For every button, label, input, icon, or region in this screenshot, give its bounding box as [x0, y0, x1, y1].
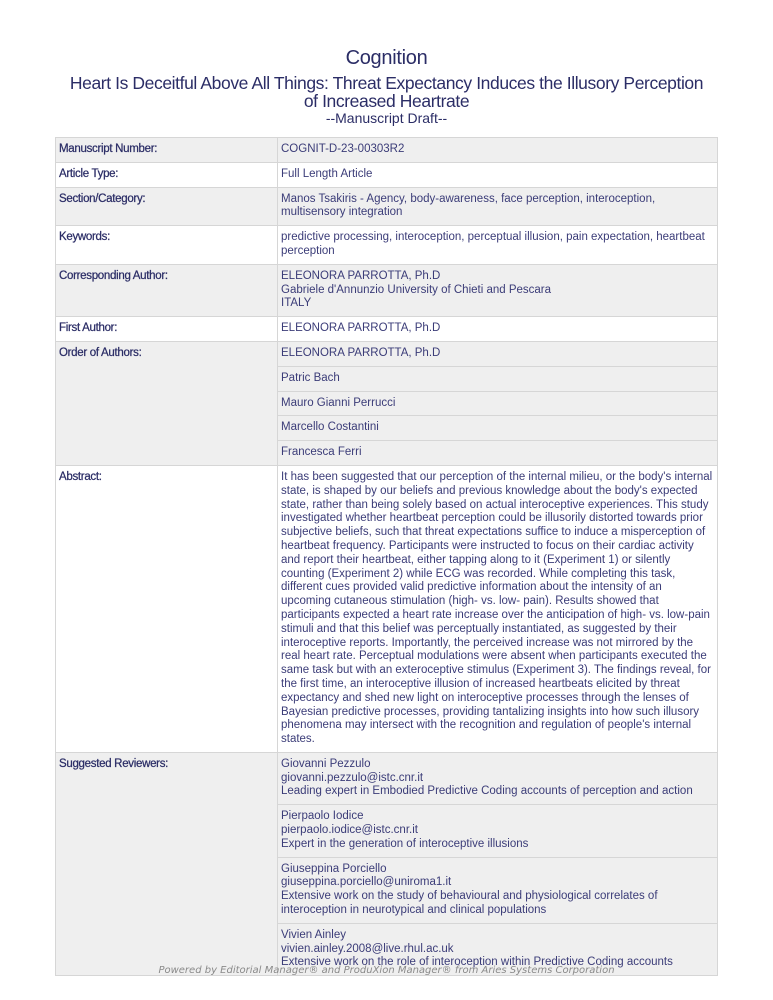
- author-item: Francesca Ferri: [278, 441, 718, 466]
- title-line-1: Heart Is Deceitful Above All Things: Thr…: [0, 74, 773, 92]
- row-article-type: Article Type: Full Length Article: [56, 162, 718, 187]
- reviewer-email: giovanni.pezzulo@istc.cnr.it: [281, 772, 713, 786]
- row-keywords: Keywords: predictive processing, interoc…: [56, 226, 718, 265]
- row-first-author: First Author: ELEONORA PARROTTA, Ph.D: [56, 317, 718, 342]
- reviewer-reason: Extensive work on the study of behaviour…: [281, 890, 713, 918]
- corresponding-author-name: ELEONORA PARROTTA, Ph.D: [281, 270, 713, 284]
- reviewer-name: Giuseppina Porciello: [281, 863, 713, 877]
- value-manuscript-number: COGNIT-D-23-00303R2: [278, 138, 718, 163]
- title-line-2: of Increased Heartrate: [0, 92, 773, 110]
- row-manuscript-number: Manuscript Number: COGNIT-D-23-00303R2: [56, 138, 718, 163]
- author-item: Mauro Gianni Perrucci: [278, 391, 718, 416]
- value-first-author: ELEONORA PARROTTA, Ph.D: [278, 317, 718, 342]
- value-abstract: It has been suggested that our perceptio…: [278, 465, 718, 752]
- reviewer-email: vivien.ainley.2008@live.rhul.ac.uk: [281, 943, 713, 957]
- row-order-of-authors: Order of Authors: ELEONORA PARROTTA, Ph.…: [56, 341, 718, 366]
- value-corresponding-author: ELEONORA PARROTTA, Ph.D Gabriele d'Annun…: [278, 264, 718, 316]
- value-keywords: predictive processing, interoception, pe…: [278, 226, 718, 265]
- label-first-author: First Author:: [56, 317, 278, 342]
- corresponding-author-country: ITALY: [281, 297, 713, 311]
- powered-by-footer: Powered by Editorial Manager® and ProduX…: [0, 965, 773, 976]
- row-suggested-reviewers: Suggested Reviewers: Giovanni Pezzulo gi…: [56, 752, 718, 804]
- manuscript-metadata-table: Manuscript Number: COGNIT-D-23-00303R2 A…: [55, 137, 718, 976]
- label-corresponding-author: Corresponding Author:: [56, 264, 278, 316]
- label-article-type: Article Type:: [56, 162, 278, 187]
- author-item: Patric Bach: [278, 366, 718, 391]
- label-section-category: Section/Category:: [56, 187, 278, 226]
- label-manuscript-number: Manuscript Number:: [56, 138, 278, 163]
- value-article-type: Full Length Article: [278, 162, 718, 187]
- reviewer-item: Pierpaolo Iodice pierpaolo.iodice@istc.c…: [278, 805, 718, 857]
- reviewer-item: Giuseppina Porciello giuseppina.porciell…: [278, 857, 718, 923]
- reviewer-email: giuseppina.porciello@uniroma1.it: [281, 876, 713, 890]
- journal-name: Cognition: [0, 46, 773, 70]
- reviewer-name: Giovanni Pezzulo: [281, 758, 713, 772]
- reviewer-name: Pierpaolo Iodice: [281, 810, 713, 824]
- reviewer-reason: Leading expert in Embodied Predictive Co…: [281, 785, 713, 799]
- row-section-category: Section/Category: Manos Tsakiris - Agenc…: [56, 187, 718, 226]
- reviewer-name: Vivien Ainley: [281, 929, 713, 943]
- label-abstract: Abstract:: [56, 465, 278, 752]
- row-corresponding-author: Corresponding Author: ELEONORA PARROTTA,…: [56, 264, 718, 316]
- reviewer-email: pierpaolo.iodice@istc.cnr.it: [281, 824, 713, 838]
- manuscript-title: Heart Is Deceitful Above All Things: Thr…: [0, 74, 773, 110]
- corresponding-author-institution: Gabriele d'Annunzio University of Chieti…: [281, 284, 713, 298]
- reviewer-reason: Expert in the generation of interoceptiv…: [281, 838, 713, 852]
- author-item: Marcello Costantini: [278, 416, 718, 441]
- label-keywords: Keywords:: [56, 226, 278, 265]
- label-order-of-authors: Order of Authors:: [56, 341, 278, 465]
- row-abstract: Abstract: It has been suggested that our…: [56, 465, 718, 752]
- value-section-category: Manos Tsakiris - Agency, body-awareness,…: [278, 187, 718, 226]
- document-header: Cognition Heart Is Deceitful Above All T…: [0, 46, 773, 126]
- label-suggested-reviewers: Suggested Reviewers:: [56, 752, 278, 975]
- draft-label: --Manuscript Draft--: [0, 110, 773, 126]
- author-item: ELEONORA PARROTTA, Ph.D: [278, 341, 718, 366]
- reviewer-item: Giovanni Pezzulo giovanni.pezzulo@istc.c…: [278, 752, 718, 804]
